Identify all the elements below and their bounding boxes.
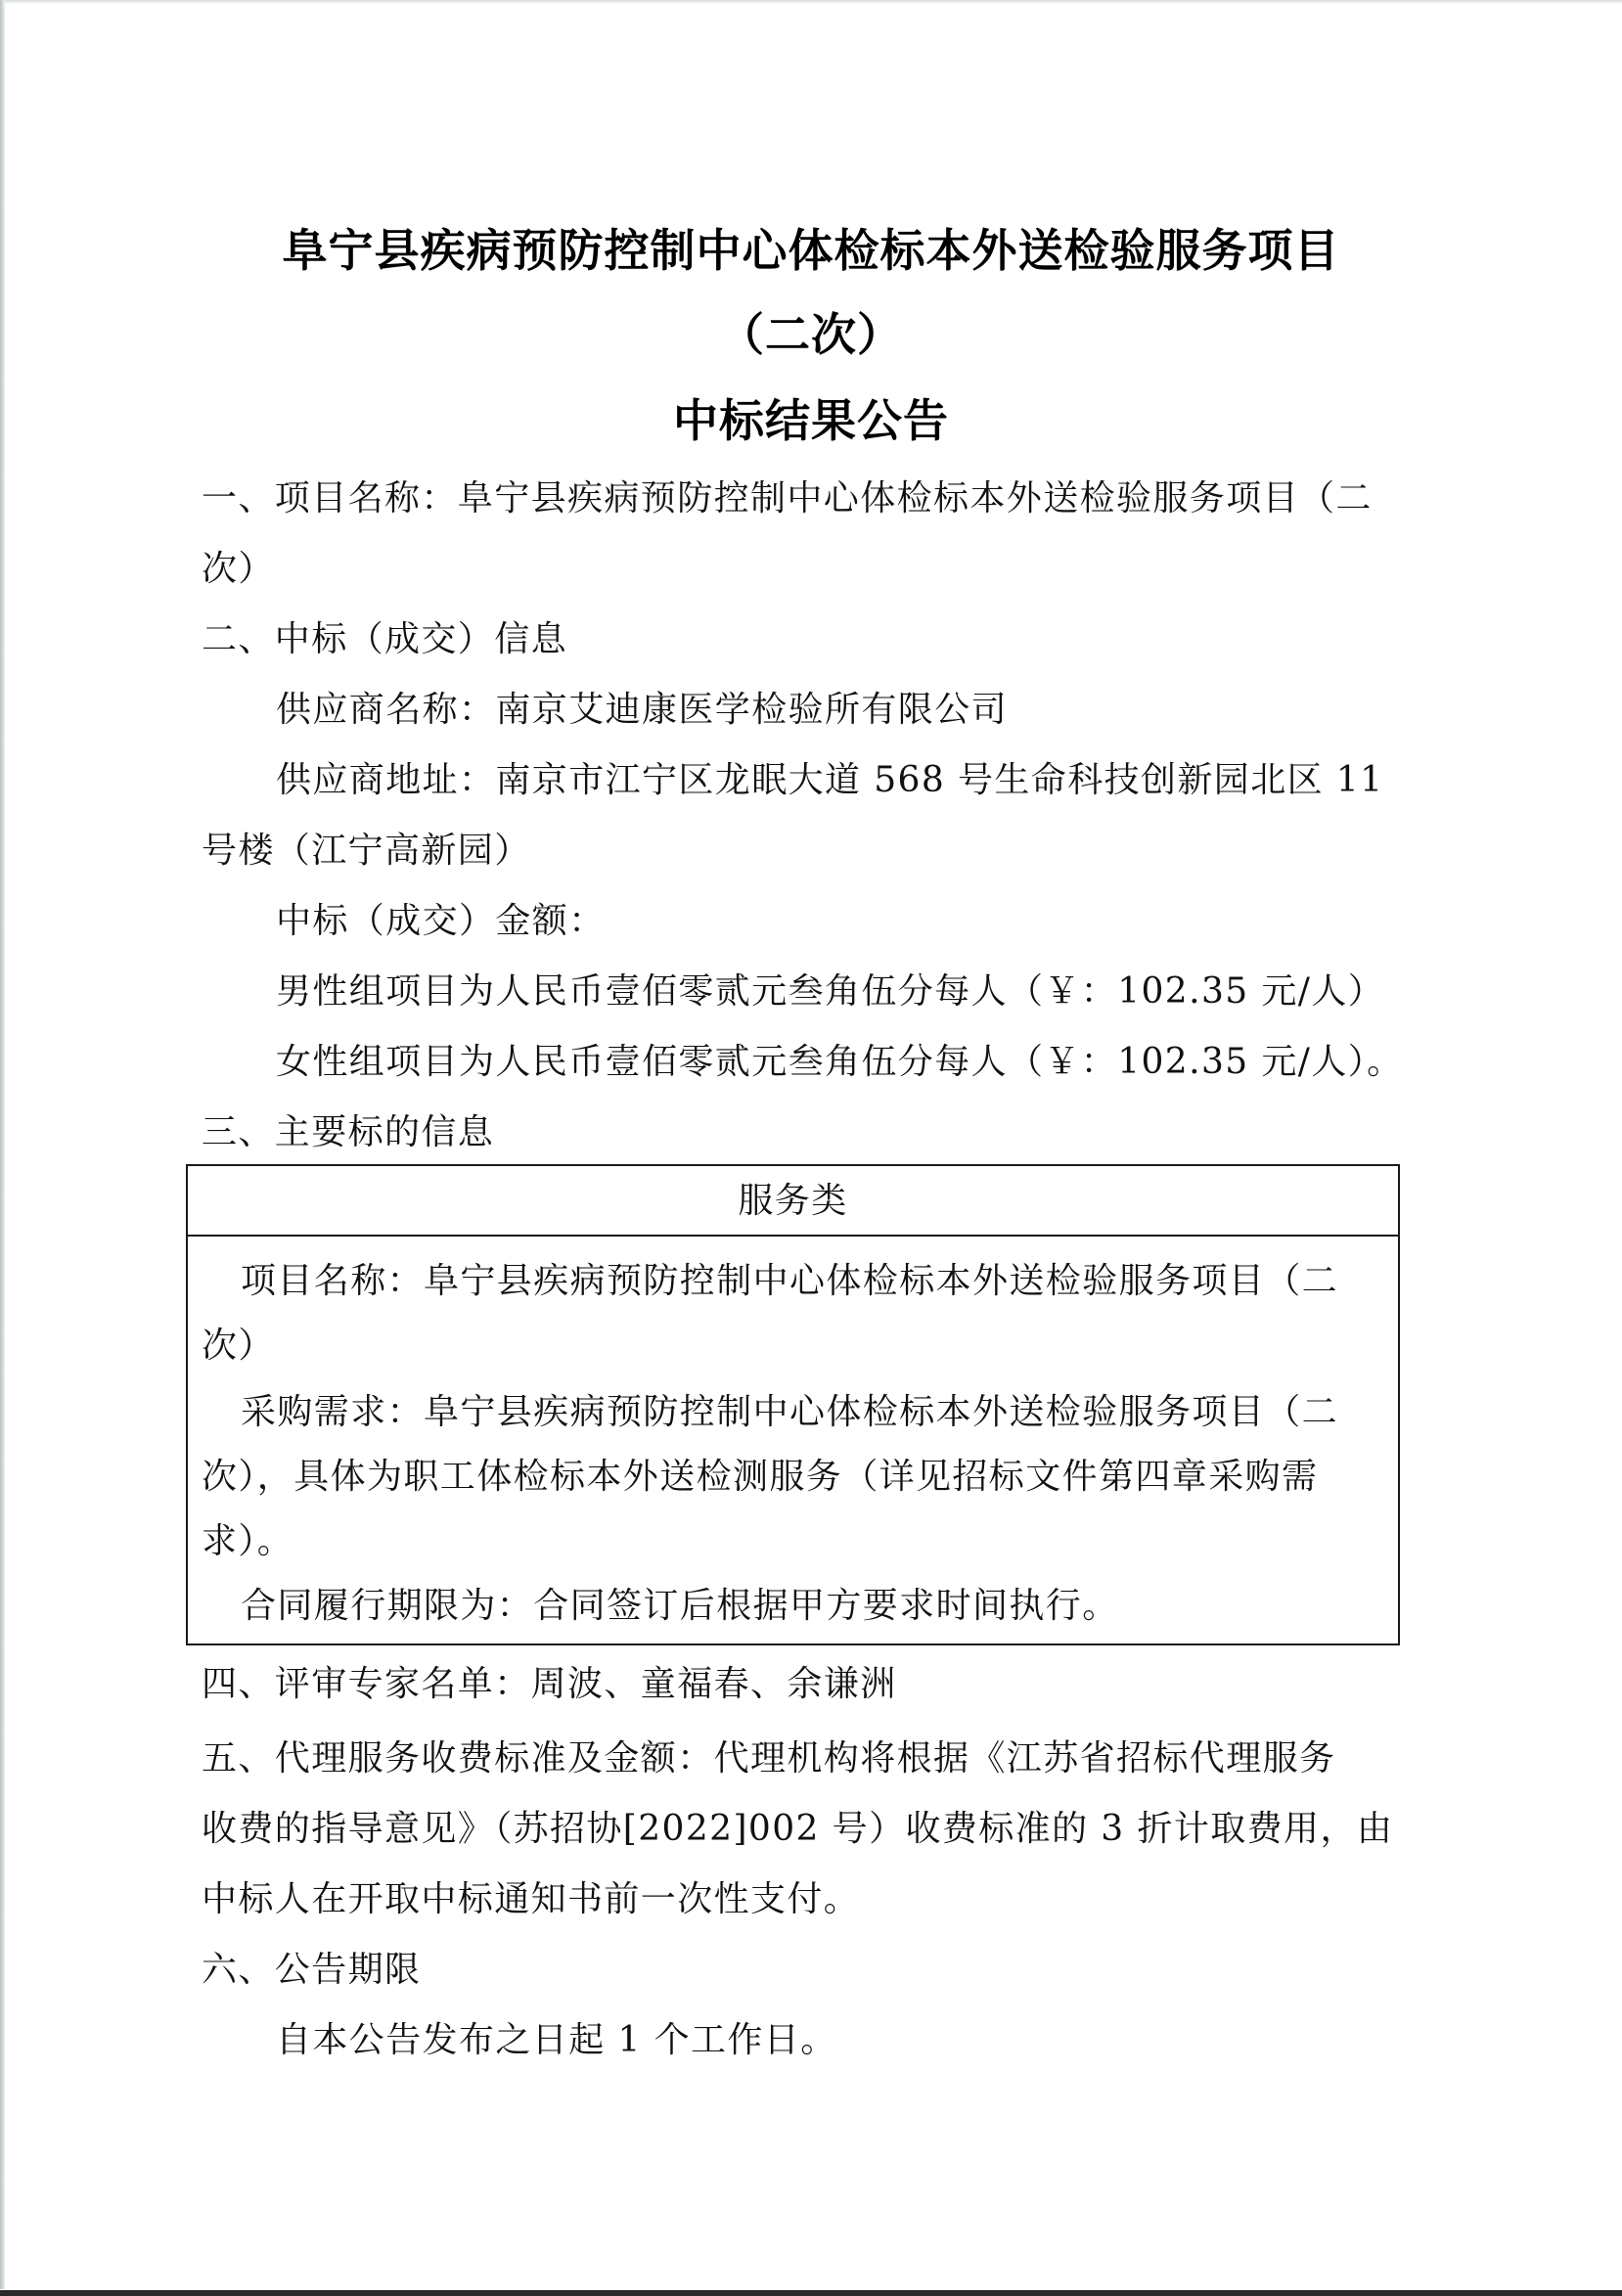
- section5-agency-fee: 五、代理服务收费标准及金额：代理机构将根据《江苏省招标代理服务: [202, 1737, 1335, 1780]
- document-subtitle: 中标结果公告: [0, 385, 1622, 450]
- document-title-suffix: （二次）: [0, 299, 1622, 364]
- section1-project-name-cont: 次）: [202, 548, 275, 591]
- scan-edge-bottom: [0, 2290, 1622, 2296]
- table-project-name-cont: 次）: [202, 1325, 275, 1368]
- section4-experts: 四、评审专家名单：周波、童福春、余谦洲: [202, 1663, 897, 1706]
- section3-heading: 三、主要标的信息: [202, 1111, 494, 1154]
- scan-edge-top: [0, 0, 1622, 4]
- table-requirement: 采购需求：阜宁县疾病预防控制中心体检标本外送检验服务项目（二: [241, 1391, 1338, 1434]
- table-contract-period: 合同履行期限为：合同签订后根据甲方要求时间执行。: [241, 1585, 1119, 1628]
- announcement-period: 自本公告发布之日起 1 个工作日。: [276, 2019, 837, 2062]
- supplier-address: 供应商地址：南京市江宁区龙眠大道 568 号生命科技创新园北区 11: [276, 759, 1383, 802]
- award-amount-label: 中标（成交）金额：: [276, 900, 606, 943]
- table-project-name: 项目名称：阜宁县疾病预防控制中心体检标本外送检验服务项目（二: [241, 1260, 1338, 1303]
- table-requirement-cont2: 求）。: [202, 1520, 293, 1563]
- section5-agency-fee-cont2: 中标人在开取中标通知书前一次性支付。: [202, 1878, 860, 1921]
- section6-heading: 六、公告期限: [202, 1949, 421, 1992]
- supplier-address-cont: 号楼（江宁高新园）: [202, 830, 531, 873]
- document-title: 阜宁县疾病预防控制中心体检标本外送检验服务项目: [0, 215, 1622, 280]
- table-header-service-type: 服务类: [188, 1166, 1398, 1237]
- table-requirement-cont1: 次），具体为职工体检标本外送检测服务（详见招标文件第四章采购需: [202, 1456, 1318, 1499]
- supplier-name: 供应商名称：南京艾迪康医学检验所有限公司: [276, 689, 1008, 732]
- section2-heading: 二、中标（成交）信息: [202, 618, 567, 661]
- section5-agency-fee-cont1: 收费的指导意见》（苏招协[2022]002 号）收费标准的 3 折计取费用，由: [202, 1808, 1393, 1851]
- section1-project-name: 一、项目名称：阜宁县疾病预防控制中心体检标本外送检验服务项目（二: [202, 477, 1373, 520]
- award-amount-male: 男性组项目为人民币壹佰零贰元叁角伍分每人（￥：102.35 元/人）: [276, 970, 1384, 1013]
- service-info-table: 服务类 项目名称：阜宁县疾病预防控制中心体检标本外送检验服务项目（二 次） 采购…: [186, 1164, 1400, 1645]
- award-amount-female: 女性组项目为人民币壹佰零贰元叁角伍分每人（￥：102.35 元/人）。: [276, 1041, 1404, 1084]
